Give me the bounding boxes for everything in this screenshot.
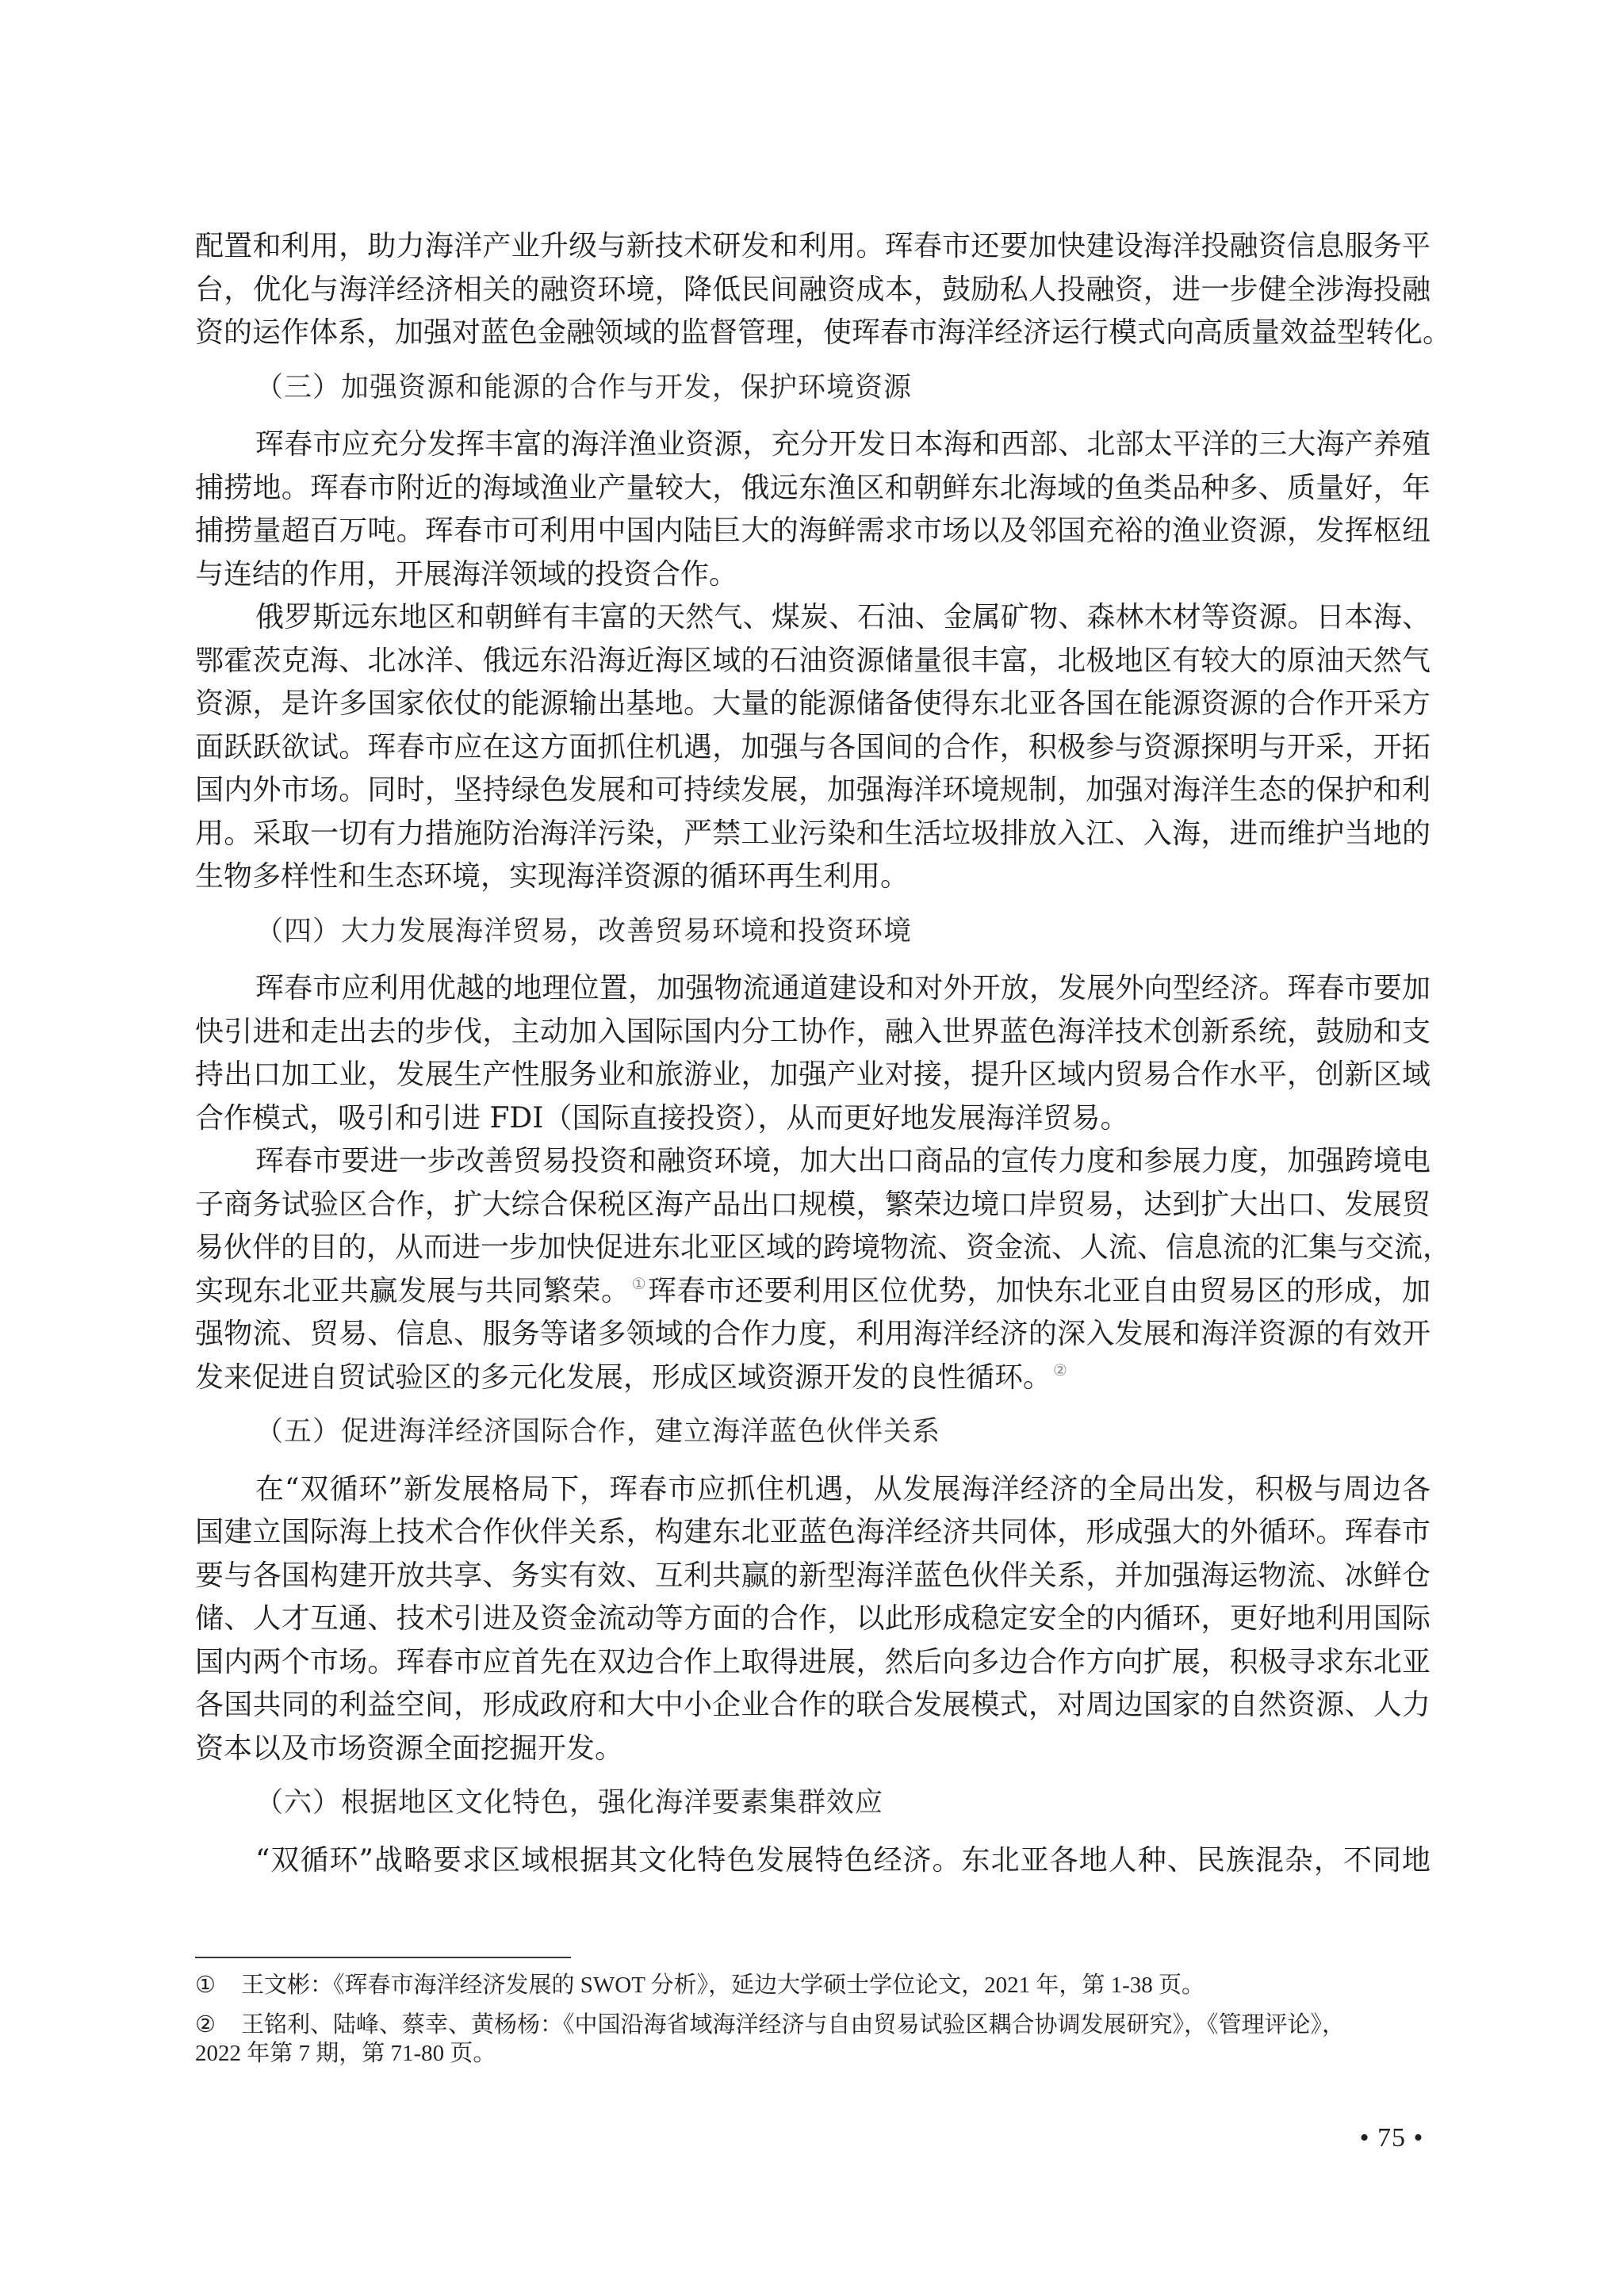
section-heading-5: （五）促进海洋经济国际合作，建立海洋蓝色伙伴关系 [195,1410,1431,1454]
text-line: 易伙伴的目的，从而进一步加快促进东北亚区域的跨境物流、资金流、人流、信息流的汇集… [195,1226,1431,1270]
section-heading-6: （六）根据地区文化特色，强化海洋要素集群效应 [195,1781,1431,1825]
section-heading-3: （三）加强资源和能源的合作与开发，保护环境资源 [195,366,1431,410]
text-line: 鄂霍茨克海、北冰洋、俄远东沿海近海区域的石油资源储量很丰富，北极地区有较大的原油… [195,640,1431,683]
paragraph-energy: 俄罗斯远东地区和朝鲜有丰富的天然气、煤炭、石油、金属矿物、森林木材等资源。日本海… [195,596,1431,899]
text-line: 珲春市要进一步改善贸易投资和融资环境，加大出口商品的宣传力度和参展力度，加强跨境… [195,1140,1431,1184]
footnote-ref-2[interactable]: ② [1053,1360,1067,1380]
text-line: 子商务试验区合作，扩大综合保税区海产品出口规模，繁荣边境口岸贸易，达到扩大出口、… [195,1184,1431,1227]
text-line: 捕捞地。珲春市附近的海域渔业产量较大，俄远东渔区和朝鲜东北海域的鱼类品种多、质量… [195,467,1431,511]
text-line: 在“双循环”新发展格局下，珲春市应抓住机遇，从发展海洋经济的全局出发，积极与周边… [195,1468,1431,1512]
text-line: 强物流、贸易、信息、服务等诸多领域的合作力度，利用海洋经济的深入发展和海洋资源的… [195,1313,1431,1357]
text-line: 俄罗斯远东地区和朝鲜有丰富的天然气、煤炭、石油、金属矿物、森林木材等资源。日本海… [195,596,1431,640]
text-line: 珲春市应充分发挥丰富的海洋渔业资源，充分开发日本海和西部、北部太平洋的三大海产养… [195,423,1431,467]
text-line: 国内两个市场。珲春市应首先在双边合作上取得进展，然后向多边合作方向扩展，积极寻求… [195,1641,1431,1685]
text-line: 快引进和走出去的步伐，主动加入国际国内分工协作，融入世界蓝色海洋技术创新系统，鼓… [195,1011,1431,1054]
footnote-ref-1[interactable]: ① [632,1274,647,1293]
paragraph-continued: 配置和利用，助力海洋产业升级与新技术研发和利用。珲春市还要加快建设海洋投融资信息… [195,225,1431,355]
footnote-line: 2022 年第 7 期，第 71-80 页。 [195,2039,1431,2068]
text-line: 珲春市应利用优越的地理位置，加强物流通道建设和对外开放，发展外向型经济。珲春市要… [195,967,1431,1011]
text-line: 国建立国际海上技术合作伙伴关系，构建东北亚蓝色海洋经济共同体，形成强大的外循环。… [195,1511,1431,1555]
footnote-mark: ① [195,1971,241,1999]
footnote-divider [195,1957,571,1958]
text-line: 资源，是许多国家依仗的能源输出基地。大量的能源储备使得东北亚各国在能源资源的合作… [195,683,1431,726]
paragraph-investment: 珲春市要进一步改善贸易投资和融资环境，加大出口商品的宣传力度和参展力度，加强跨境… [195,1140,1431,1399]
text-line: 实现东北亚共赢发展与共同繁荣。①珲春市还要利用区位优势，加快东北亚自由贸易区的形… [195,1270,1431,1314]
footnote-2: ②王铭利、陆峰、蔡幸、黄杨杨：《中国沿海省域海洋经济与自由贸易试验区耦合协调发展… [195,2011,1431,2068]
document-page: 配置和利用，助力海洋产业升级与新技术研发和利用。珲春市还要加快建设海洋投融资信息… [0,0,1624,2296]
text-line: 国内外市场。同时，坚持绿色发展和可持续发展，加强海洋环境规制，加强对海洋生态的保… [195,769,1431,813]
text-line: 面跃跃欲试。珲春市应在这方面抓住机遇，加强与各国间的合作，积极参与资源探明与开采… [195,726,1431,770]
paragraph-cooperation: 在“双循环”新发展格局下，珲春市应抓住机遇，从发展海洋经济的全局出发，积极与周边… [195,1468,1431,1771]
footnote-mark: ② [195,2011,241,2039]
footnote-line: ②王铭利、陆峰、蔡幸、黄杨杨：《中国沿海省域海洋经济与自由贸易试验区耦合协调发展… [195,2011,1431,2039]
page-number: • 75 • [1348,2123,1435,2153]
paragraph-fishery: 珲春市应充分发挥丰富的海洋渔业资源，充分开发日本海和西部、北部太平洋的三大海产养… [195,423,1431,596]
paragraph-trade: 珲春市应利用优越的地理位置，加强物流通道建设和对外开放，发展外向型经济。珲春市要… [195,967,1431,1140]
text-line: 持出口加工业，发展生产性服务业和旅游业，加强产业对接，提升区域内贸易合作水平，创… [195,1054,1431,1097]
text-line: 合作模式，吸引和引进 FDI（国际直接投资），从而更好地发展海洋贸易。 [195,1097,1431,1141]
text-line: 发来促进自贸试验区的多元化发展，形成区域资源开发的良性循环。② [195,1357,1431,1400]
text-segment: 实现东北亚共赢发展与共同繁荣。 [195,1275,630,1307]
text-line: 配置和利用，助力海洋产业升级与新技术研发和利用。珲春市还要加快建设海洋投融资信息… [195,225,1431,269]
text-line: 台，优化与海洋经济相关的融资环境，降低民间融资成本，鼓励私人投融资，进一步健全涉… [195,269,1431,312]
text-segment: 发来促进自贸试验区的多元化发展，形成区域资源开发的良性循环。 [195,1361,1051,1394]
footnote-text: 王铭利、陆峰、蔡幸、黄杨杨：《中国沿海省域海洋经济与自由贸易试验区耦合协调发展研… [241,2012,1345,2038]
footnote-text: 王文彬：《珲春市海洋经济发展的 SWOT 分析》，延边大学硕士学位论文，2021… [241,1973,1205,1998]
body-text: 配置和利用，助力海洋产业升级与新技术研发和利用。珲春市还要加快建设海洋投融资信息… [195,225,1431,1882]
text-line: “双循环”战略要求区域根据其文化特色发展特色经济。东北亚各地人种、民族混杂，不同… [195,1839,1431,1883]
footnote-1: ①王文彬：《珲春市海洋经济发展的 SWOT 分析》，延边大学硕士学位论文，202… [195,1971,1431,1999]
text-line: 与连结的作用，开展海洋领域的投资合作。 [195,553,1431,597]
paragraph-culture: “双循环”战略要求区域根据其文化特色发展特色经济。东北亚各地人种、民族混杂，不同… [195,1839,1431,1883]
text-line: 各国共同的利益空间，形成政府和大中小企业合作的联合发展模式，对周边国家的自然资源… [195,1684,1431,1728]
section-heading-4: （四）大力发展海洋贸易，改善贸易环境和投资环境 [195,910,1431,954]
text-line: 要与各国构建开放共享、务实有效、互利共赢的新型海洋蓝色伙伴关系，并加强海运物流、… [195,1555,1431,1598]
text-line: 捕捞量超百万吨。珲春市可利用中国内陆巨大的海鲜需求市场以及邻国充裕的渔业资源，发… [195,510,1431,553]
text-line: 储、人才互通、技术引进及资金流动等方面的合作，以此形成稳定安全的内循环，更好地利… [195,1598,1431,1641]
text-line: 资的运作体系，加强对蓝色金融领域的监督管理，使珲春市海洋经济运行模式向高质量效益… [195,312,1431,355]
text-line: 资本以及市场资源全面挖掘开发。 [195,1728,1431,1771]
text-line: 用。采取一切有力措施防治海洋污染，严禁工业污染和生活垃圾排放入江、入海，进而维护… [195,813,1431,856]
text-segment: 珲春市还要利用区位优势，加快东北亚自由贸易区的形成，加 [648,1275,1431,1307]
footnotes: ①王文彬：《珲春市海洋经济发展的 SWOT 分析》，延边大学硕士学位论文，202… [195,1971,1431,2079]
text-line: 生物多样性和生态环境，实现海洋资源的循环再生利用。 [195,855,1431,899]
